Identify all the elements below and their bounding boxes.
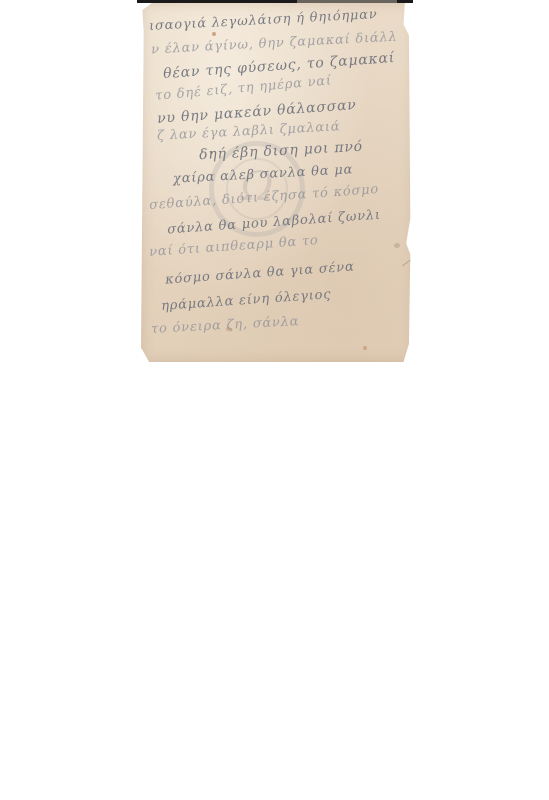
handwritten-text: ισαογιά λεγωλάιση ή θηιόημαν ν έλαν άγίν…	[141, 3, 413, 362]
manuscript-line: ισαογιά λεγωλάιση ή θηιόημαν	[149, 7, 378, 34]
manuscript-line: το όνειρα ζη, σάνλα	[151, 314, 300, 337]
manuscript-line: σάνλα θα μου λαβολαί ζωνλι	[167, 208, 382, 238]
manuscript-line: ηράμαλλα είνη όλεγιος	[161, 287, 332, 314]
manuscript-line: δηή έβη διση μοι πνό	[199, 139, 364, 164]
scan-border-smudge	[297, 0, 397, 3]
manuscript-line: σεθαύλα, διότι έζησα τό κόσμο	[149, 182, 380, 213]
manuscript-line: ναί ότι αιπθεαρμ θα το	[149, 233, 319, 260]
manuscript-page: Ω ισαογιά λεγωλάιση ή θηιόημαν ν έλαν άγ…	[141, 3, 413, 362]
manuscript-line: χαίρα αλεβ σανλα θα μα	[173, 162, 354, 186]
scan-top-border	[137, 0, 413, 3]
manuscript-line: κόσμο σάνλα θα για σένα	[165, 259, 355, 287]
